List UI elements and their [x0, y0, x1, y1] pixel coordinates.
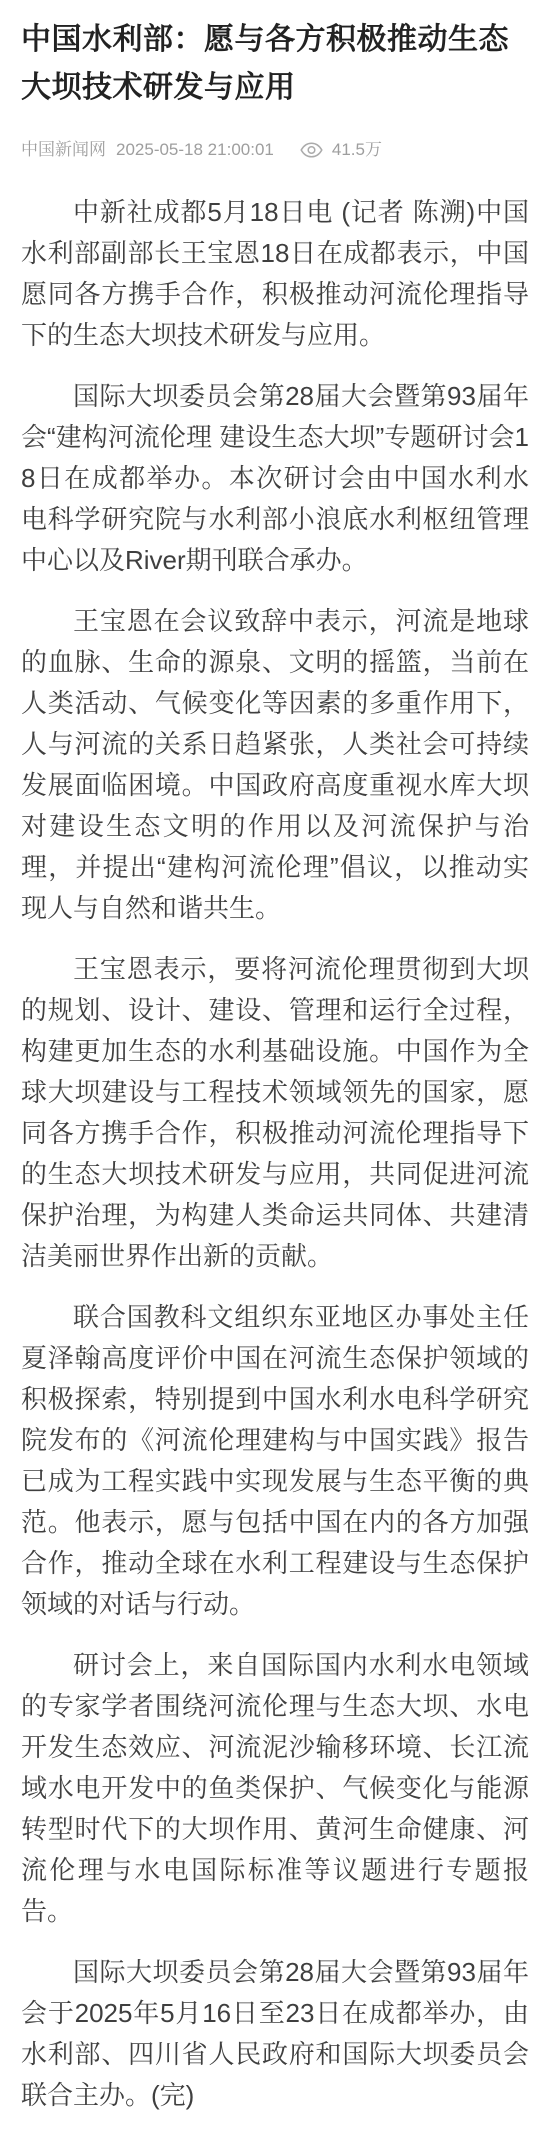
article-source: 中国新闻网 [21, 138, 106, 162]
article-paragraph: 王宝恩表示，要将河流伦理贯彻到大坝的规划、设计、建设、管理和运行全过程，构建更加… [21, 949, 529, 1277]
article-title: 中国水利部：愿与各方积极推动生态大坝技术研发与应用 [21, 16, 529, 112]
article-page: 中国水利部：愿与各方积极推动生态大坝技术研发与应用 中国新闻网 2025-05-… [0, 0, 550, 2143]
article-paragraph: 中新社成都5月18日电 (记者 陈溯)中国水利部副部长王宝恩18日在成都表示，中… [21, 192, 529, 356]
article-paragraph: 联合国教科文组织东亚地区办事处主任夏泽翰高度评价中国在河流生态保护领域的积极探索… [21, 1297, 529, 1625]
article-body: 中新社成都5月18日电 (记者 陈溯)中国水利部副部长王宝恩18日在成都表示，中… [21, 192, 529, 2116]
views-group: 41.5万 [300, 138, 382, 162]
eye-icon [300, 142, 332, 158]
article-paragraph: 研讨会上，来自国际国内水利水电领域的专家学者围绕河流伦理与生态大坝、水电开发生态… [21, 1645, 529, 1932]
article-meta: 中国新闻网 2025-05-18 21:00:01 41.5万 [21, 138, 529, 162]
article-paragraph: 王宝恩在会议致辞中表示，河流是地球的血脉、生命的源泉、文明的摇篮，当前在人类活动… [21, 601, 529, 929]
article-paragraph: 国际大坝委员会第28届大会暨第93届年会于2025年5月16日至23日在成都举办… [21, 1952, 529, 2116]
article-datetime: 2025-05-18 21:00:01 [116, 138, 274, 162]
views-count: 41.5万 [332, 138, 382, 162]
article-paragraph: 国际大坝委员会第28届大会暨第93届年会“建构河流伦理 建设生态大坝”专题研讨会… [21, 376, 529, 581]
